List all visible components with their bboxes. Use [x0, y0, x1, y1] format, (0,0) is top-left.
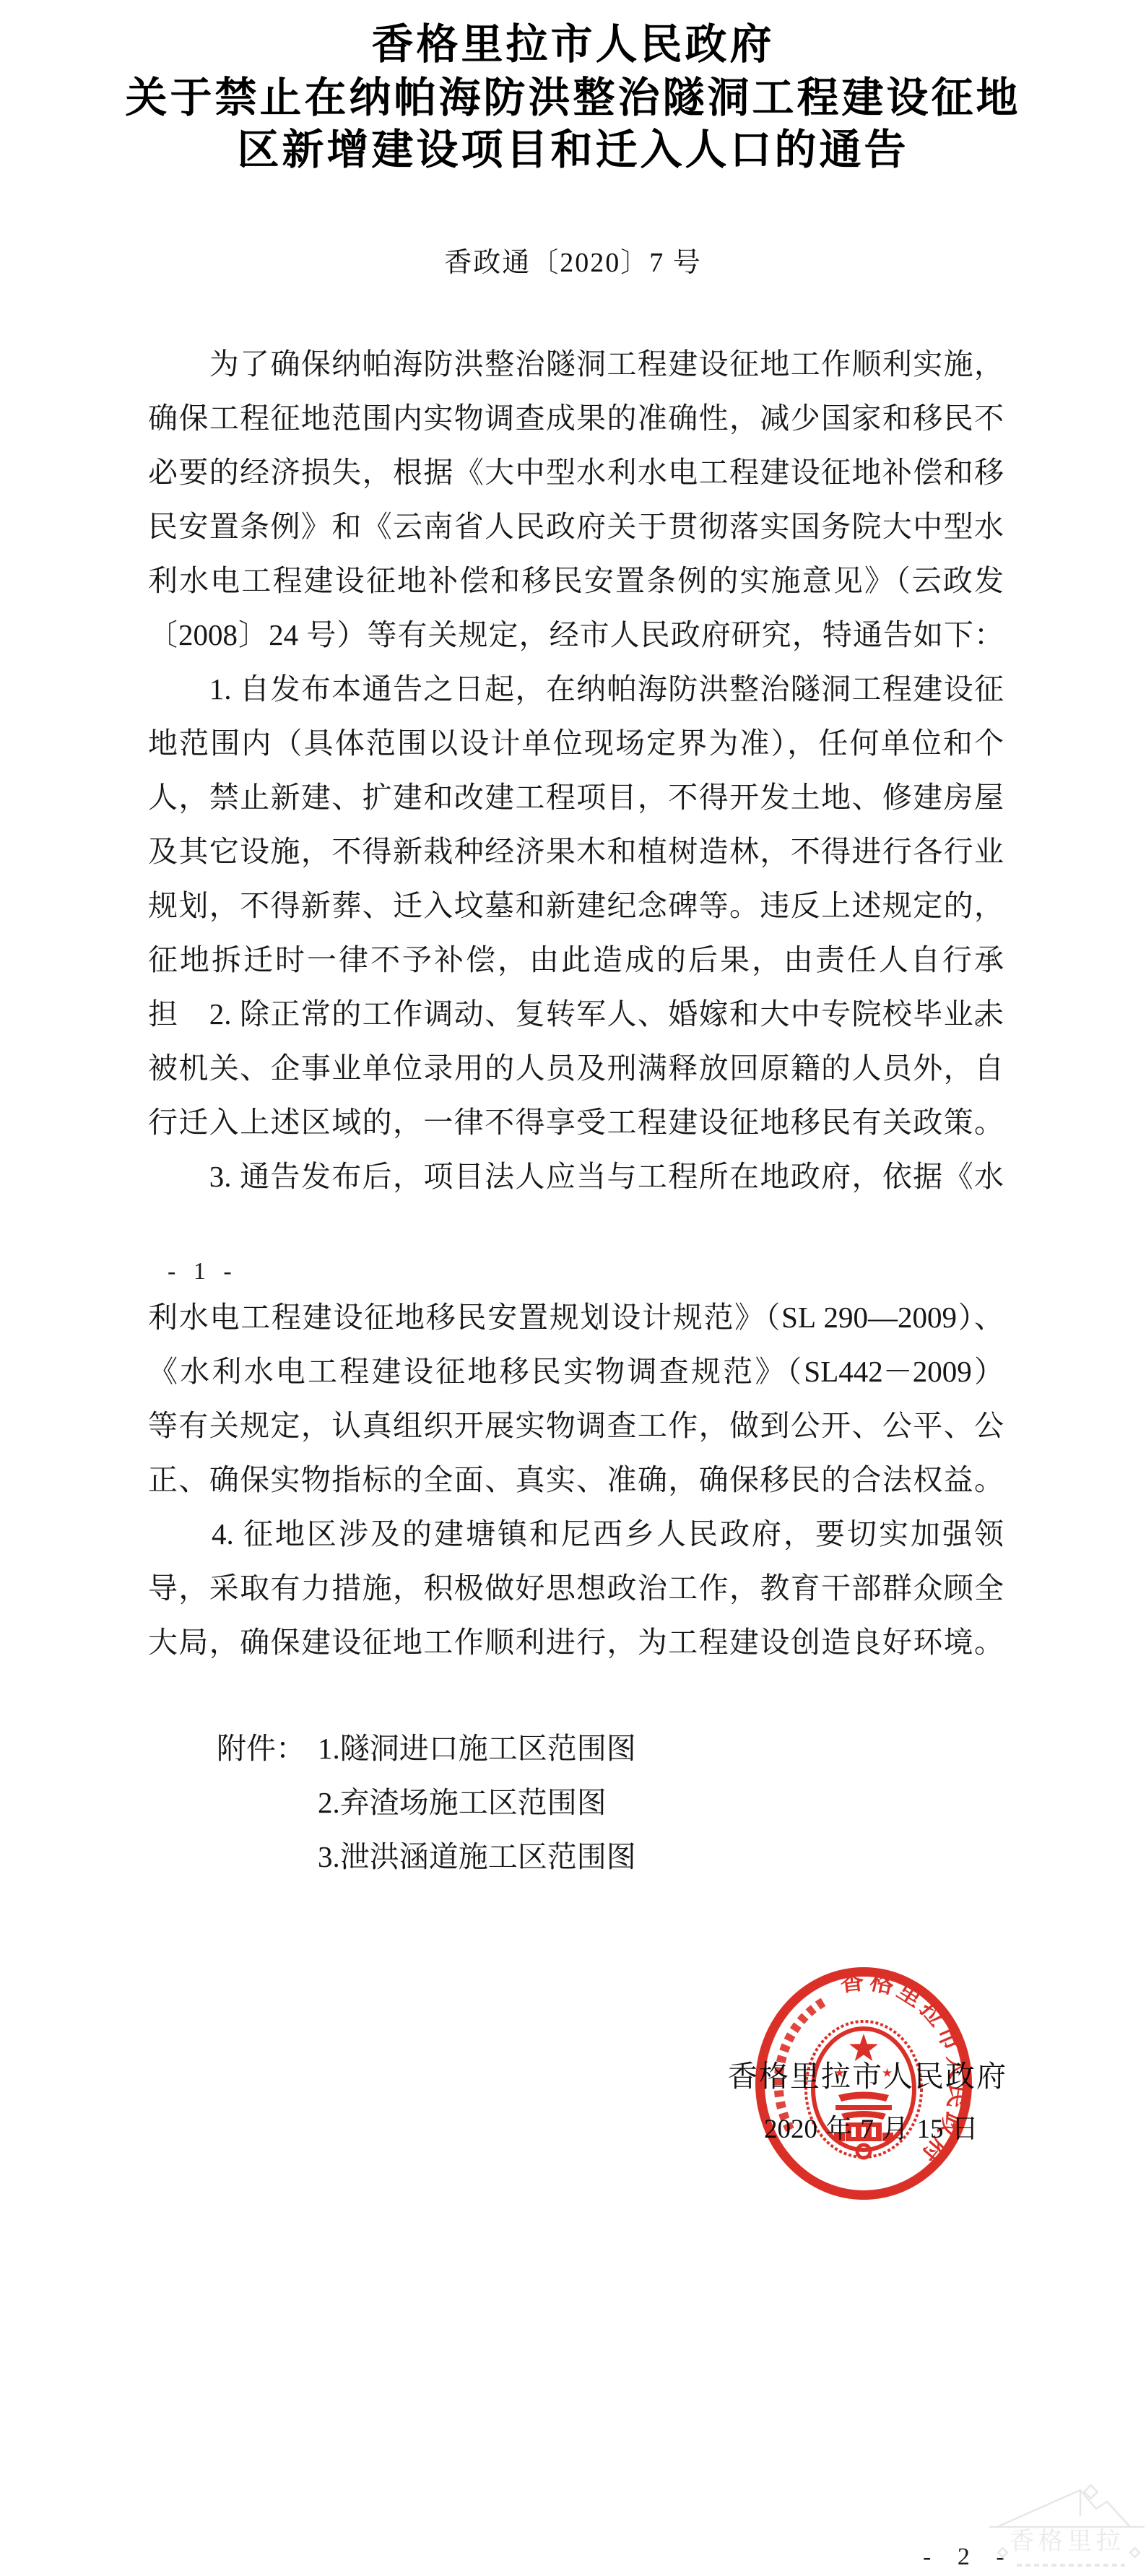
text-line: 利水电工程建设征地移民安置规划设计规范》（SL 290—2009）、: [148, 1291, 1004, 1345]
site-watermark: 香格里拉: [988, 2473, 1146, 2576]
text-line: 等有关规定，认真组织开展实物调查工作，做到公开、公平、公: [148, 1399, 1004, 1453]
text-line: 3. 通告发布后，项目法人应当与工程所在地政府，依据《水: [148, 1150, 1004, 1204]
text-line: 民安置条例》和《云南省人民政府关于贯彻落实国务院大中型水: [148, 500, 1004, 554]
national-emblem-icon: ★ ★: [806, 2021, 921, 2158]
text-line: 大局，确保建设征地工作顺利进行，为工程建设创造良好环境。: [148, 1616, 1004, 1670]
text-line: 导，采取有力措施，积极做好思想政治工作，教育干部群众顾全: [148, 1561, 1004, 1616]
text-line: 必要的经济损失，根据《大中型水利水电工程建设征地补偿和移: [148, 446, 1004, 500]
tibetan-script-arc: [778, 2000, 828, 2130]
text-line: 4. 征地区涉及的建塘镇和尼西乡人民政府，要切实加强领: [148, 1507, 1004, 1561]
text-line: 人，禁止新建、扩建和改建工程项目，不得开发土地、修建房屋: [148, 771, 1004, 825]
page-number-1: - 1 -: [168, 1258, 238, 1285]
text-line: 正、确保实物指标的全面、真实、准确，确保移民的合法权益。: [148, 1453, 1004, 1507]
text-line: 被机关、企事业单位录用的人员及刑满释放回原籍的人员外，自: [148, 1041, 1004, 1096]
text-line: 行迁入上述区域的，一律不得享受工程建设征地移民有关政策。: [148, 1096, 1004, 1150]
body-page2: 利水电工程建设征地移民安置规划设计规范》（SL 290—2009）、《水利水电工…: [148, 1291, 1004, 1670]
text-line: 1. 自发布本通告之日起，在纳帕海防洪整治隧洞工程建设征: [148, 662, 1004, 716]
text-line: 2.弃渣场施工区范围图: [318, 1776, 636, 1830]
text-line: 及其它设施，不得新栽种经济果木和植树造林，不得进行各行业: [148, 825, 1004, 879]
attachments-list: 1.隧洞进口施工区范围图2.弃渣场施工区范围图3.泄洪涵道施工区范围图: [318, 1722, 636, 1884]
svg-text:★: ★: [834, 2066, 845, 2080]
text-line: 〔2008〕24 号）等有关规定，经市人民政府研究，特通告如下：: [148, 608, 1004, 662]
text-line: 确保工程征地范围内实物调查成果的准确性，减少国家和移民不: [148, 391, 1004, 446]
document-page: 香格里拉市人民政府 关于禁止在纳帕海防洪整治隧洞工程建设征地 区新增建设项目和迁…: [0, 0, 1146, 2576]
text-line: 为了确保纳帕海防洪整治隧洞工程建设征地工作顺利实施，: [148, 337, 1004, 391]
mountain-logo-icon: [999, 2490, 1130, 2527]
text-line: 利水电工程建设征地补偿和移民安置条例的实施意见》（云政发: [148, 554, 1004, 608]
text-line: 征地拆迁时一律不予补偿，由此造成的后果，由责任人自行承担。: [148, 933, 1004, 987]
text-line: 规划，不得新葬、迁入坟墓和新建纪念碑等。违反上述规定的，: [148, 879, 1004, 933]
attachments-label: 附件：: [217, 1722, 305, 1776]
title-org: 香格里拉市人民政府: [0, 10, 1146, 71]
text-line: 地范围内（具体范围以设计单位现场定界为准），任何单位和个: [148, 716, 1004, 771]
text-line: 2. 除正常的工作调动、复转军人、婚嫁和大中专院校毕业未: [148, 987, 1004, 1041]
text-line: 《水利水电工程建设征地移民实物调查规范》（SL442－2009）: [148, 1345, 1004, 1399]
text-line: 1.隧洞进口施工区范围图: [318, 1722, 636, 1776]
text-line: 3.泄洪涵道施工区范围图: [318, 1830, 636, 1884]
body-page1: 为了确保纳帕海防洪整治隧洞工程建设征地工作顺利实施，确保工程征地范围内实物调查成…: [148, 337, 1004, 1204]
svg-text:★: ★: [882, 2066, 893, 2080]
watermark-text: 香格里拉: [1010, 2528, 1125, 2555]
doc-number: 香政通〔2020〕7 号: [0, 240, 1146, 279]
official-seal: 香格里拉市人民政府 ★ ★: [755, 1966, 973, 2201]
title-subject-line2: 区新增建设项目和迁入人口的通告: [0, 116, 1146, 176]
